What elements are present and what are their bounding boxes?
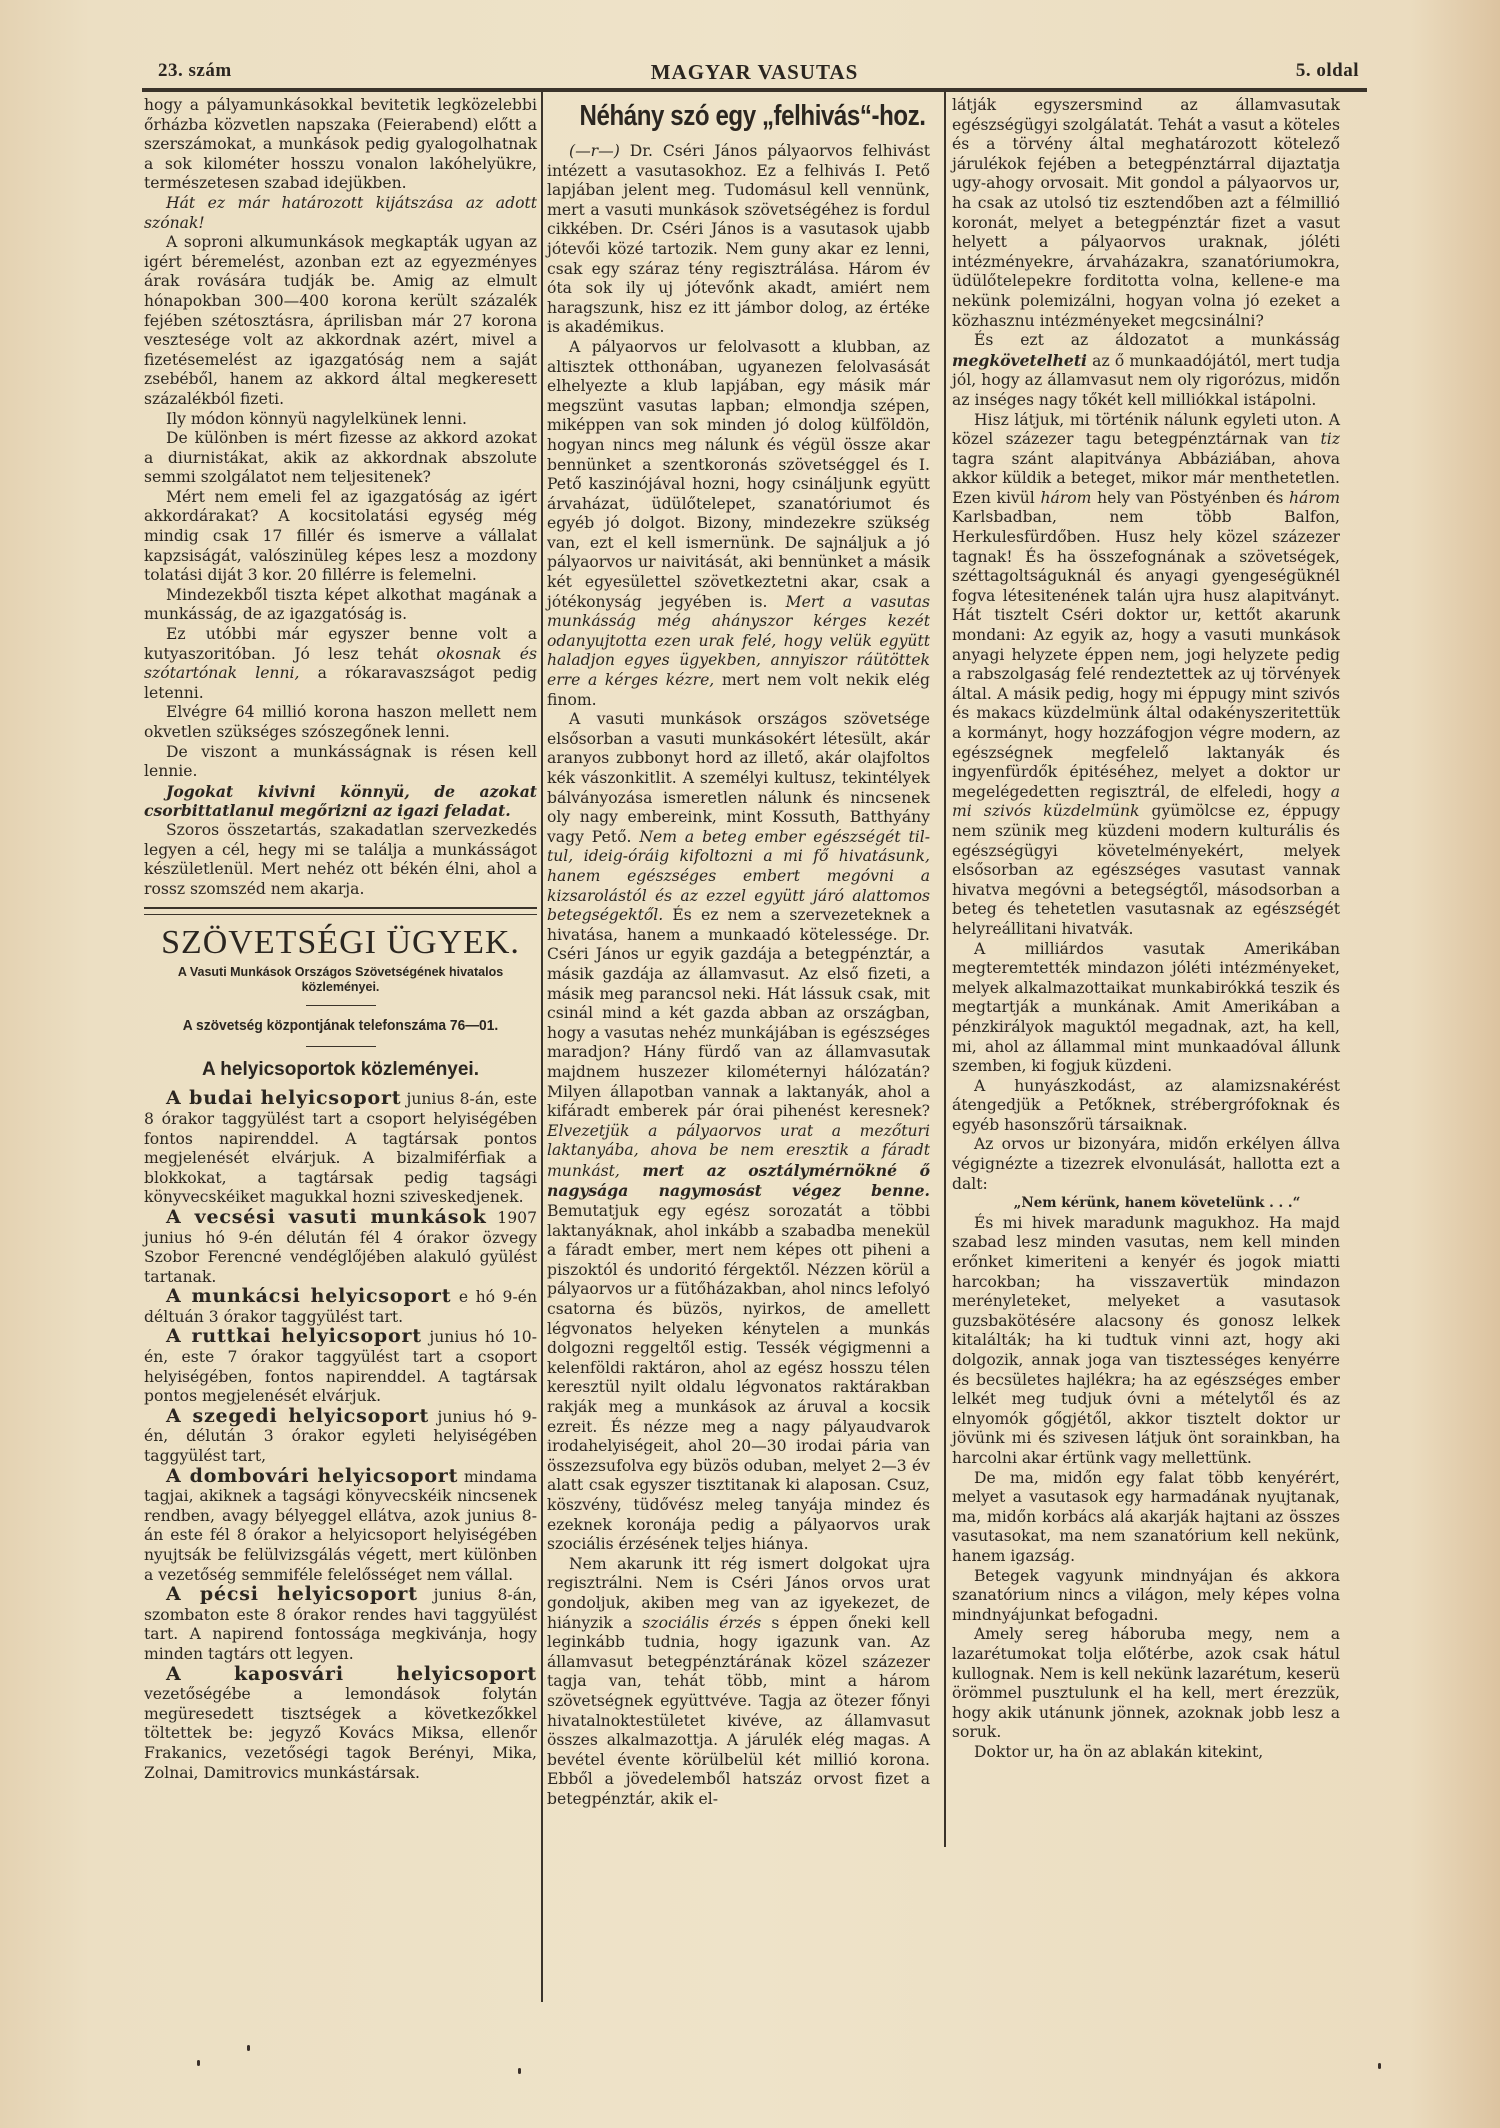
paragraph-italic: Hát ez már határozott kijátszása az adot… [144, 194, 537, 233]
byline: (—r—) [569, 142, 620, 160]
paragraph: A soproni alkumunkások megkapták ugyan a… [144, 233, 537, 409]
paragraph: hogy a pályamunkásokkal bevitetik legköz… [144, 96, 537, 194]
paragraph: Nem akarunk itt rég ismert dolgokat ujra… [547, 1555, 930, 1810]
notice-item: A ruttkai helyicsoport junius hó 10-én, … [144, 1327, 537, 1406]
newspaper-title: MAGYAR VASUTAS [142, 60, 1367, 85]
paragraph: Szoros összetartás, szakadatlan szervezk… [144, 821, 537, 899]
paragraph: És mi hivek maradunk magukhoz. Ha majd s… [952, 1214, 1340, 1469]
paragraph: De ma, midőn egy falat több kenyérért, m… [952, 1469, 1340, 1567]
notice-item: A pécsi helyicsoport junius 8-án, szomba… [144, 1585, 537, 1664]
paragraph-emphasis: Jogokat kivivni könnyü, de azokat csorbi… [144, 782, 537, 821]
paragraph: De különben is mért fizesse az akkord az… [144, 429, 537, 488]
column-divider-left [541, 92, 543, 2002]
article-headline: Néhány szó egy „felhivás“-hoz. [580, 98, 898, 134]
paragraph: A vasuti munkások országos szövetsége el… [547, 710, 930, 1555]
paper-speck [197, 2060, 200, 2066]
paragraph: És ezt az áldozatot a munkásság megkövet… [952, 331, 1340, 410]
section-rule [144, 907, 537, 915]
paragraph: Mért nem emeli fel az igazgatóság az igé… [144, 488, 537, 586]
paragraph: A hunyászkodást, az alamizsnakérést áten… [952, 1077, 1340, 1136]
paragraph: Doktor ur, ha ön az ablakán kitekint, [952, 1743, 1340, 1763]
column-divider-right [944, 92, 946, 1847]
paragraph: Amely sereg háboruba megy, nem a lazarét… [952, 1625, 1340, 1743]
phone-number-line: A szövetség központjának telefonszáma 76… [160, 1016, 522, 1036]
column-left: hogy a pályamunkásokkal bevitetik legköz… [144, 96, 537, 1783]
section-title: SZÖVETSÉGI ÜGYEK. [144, 923, 537, 963]
newspaper-page: 23. szám MAGYAR VASUTAS 5. oldal hogy a … [0, 0, 1500, 2128]
paragraph: Elvégre 64 millió korona haszon mellett … [144, 703, 537, 742]
short-divider [306, 1005, 376, 1006]
paragraph: látják egyszersmind az államvasutak egés… [952, 96, 1340, 331]
notice-item: A dombovári helyicsoport mindama tagjai,… [144, 1467, 537, 1586]
page-header: 23. szám MAGYAR VASUTAS 5. oldal [142, 60, 1367, 86]
paper-speck [247, 2045, 250, 2051]
notice-item: A szegedi helyicsoport junius hó 9-én, d… [144, 1407, 537, 1467]
paper-speck [1378, 2063, 1381, 2069]
short-divider [306, 1046, 376, 1047]
column-right: látják egyszersmind az államvasutak egés… [952, 96, 1340, 1762]
notice-item: A munkácsi helyicsoport e hó 9-én déltuá… [144, 1287, 537, 1327]
paper-speck [518, 2068, 521, 2074]
page-number: 5. oldal [1296, 60, 1359, 82]
paragraph: Ily módon könnyü nagylelkünek lenni. [144, 410, 537, 430]
local-groups-title: A helyicsoportok közleményei. [144, 1057, 537, 1083]
notice-item: A budai helyicsoport junius 8-án, este 8… [144, 1089, 537, 1208]
paragraph: Hisz látjuk, mi történik nálunk egyleti … [952, 411, 1340, 940]
paragraph: Ez utóbbi már egyszer benne volt a kutya… [144, 625, 537, 703]
paragraph: De viszont a munkásságnak is résen kell … [144, 743, 537, 782]
paragraph: A pályaorvos ur felolvasott a klubban, a… [547, 338, 930, 710]
header-rule [142, 88, 1367, 92]
section-subtitle: A Vasuti Munkások Országos Szövetségének… [144, 965, 537, 995]
paragraph: Az orvos ur bizonyára, midőn erkélyen ál… [952, 1135, 1340, 1194]
paragraph: Mindezekből tiszta képet alkothat magána… [144, 586, 537, 625]
paragraph: (—r—) Dr. Cséri János pályaorvos felhivá… [547, 142, 930, 338]
column-middle: Néhány szó egy „felhivás“-hoz. (—r—) Dr.… [547, 96, 930, 1809]
notice-item: A vecsési vasuti munkások 1907 junius hó… [144, 1208, 537, 1287]
song-quote: „Nem kérünk, hanem követelünk . . .“ [952, 1194, 1340, 1214]
paragraph: Betegek vagyunk mindnyájan és akkora sza… [952, 1567, 1340, 1626]
notice-item: A kaposvári helyicsoport vezetőségébe a … [144, 1665, 537, 1784]
paragraph: A milliárdos vasutak Amerikában megterem… [952, 940, 1340, 1077]
